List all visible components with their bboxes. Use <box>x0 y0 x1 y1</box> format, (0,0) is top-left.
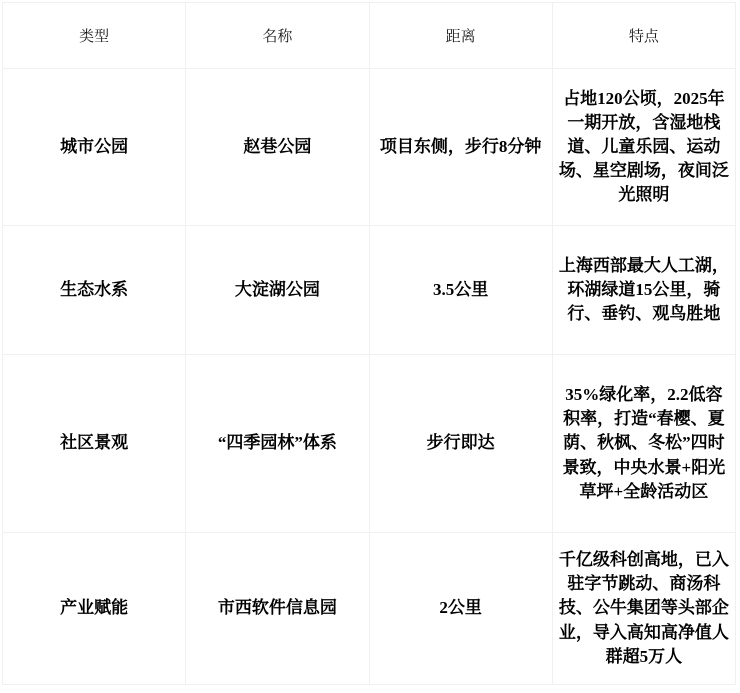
table-row: 生态水系 大淀湖公园 3.5公里 上海西部最大人工湖，环湖绿道15公里，骑行、垂… <box>3 226 736 355</box>
cell-name: 大淀湖公园 <box>186 226 369 355</box>
cell-type: 城市公园 <box>3 69 186 226</box>
cell-distance: 步行即达 <box>369 355 552 533</box>
cell-distance: 3.5公里 <box>369 226 552 355</box>
cell-features: 千亿级科创高地，已入驻字节跳动、商汤科技、公牛集团等头部企业，导入高知高净值人群… <box>552 533 735 685</box>
table-row: 产业赋能 市西软件信息园 2公里 千亿级科创高地，已入驻字节跳动、商汤科技、公牛… <box>3 533 736 685</box>
column-header-features: 特点 <box>552 3 735 69</box>
cell-distance: 2公里 <box>369 533 552 685</box>
column-header-type: 类型 <box>3 3 186 69</box>
table-row: 社区景观 “四季园林”体系 步行即达 35%绿化率，2.2低容积率，打造“春樱、… <box>3 355 736 533</box>
cell-type: 生态水系 <box>3 226 186 355</box>
column-header-distance: 距离 <box>369 3 552 69</box>
table-row: 城市公园 赵巷公园 项目东侧，步行8分钟 占地120公顷，2025年一期开放，含… <box>3 69 736 226</box>
cell-type: 产业赋能 <box>3 533 186 685</box>
table-header: 类型 名称 距离 特点 <box>3 3 736 69</box>
cell-name: “四季园林”体系 <box>186 355 369 533</box>
cell-features: 上海西部最大人工湖，环湖绿道15公里，骑行、垂钓、观鸟胜地 <box>552 226 735 355</box>
cell-features: 占地120公顷，2025年一期开放，含湿地栈道、儿童乐园、运动场、星空剧场，夜间… <box>552 69 735 226</box>
poi-table: 类型 名称 距离 特点 城市公园 赵巷公园 项目东侧，步行8分钟 占地120公顷… <box>2 2 736 685</box>
cell-type: 社区景观 <box>3 355 186 533</box>
cell-name: 赵巷公园 <box>186 69 369 226</box>
table-body: 城市公园 赵巷公园 项目东侧，步行8分钟 占地120公顷，2025年一期开放，含… <box>3 69 736 685</box>
column-header-name: 名称 <box>186 3 369 69</box>
cell-features: 35%绿化率，2.2低容积率，打造“春樱、夏荫、秋枫、冬松”四时景致，中央水景+… <box>552 355 735 533</box>
cell-name: 市西软件信息园 <box>186 533 369 685</box>
cell-distance: 项目东侧，步行8分钟 <box>369 69 552 226</box>
header-row: 类型 名称 距离 特点 <box>3 3 736 69</box>
